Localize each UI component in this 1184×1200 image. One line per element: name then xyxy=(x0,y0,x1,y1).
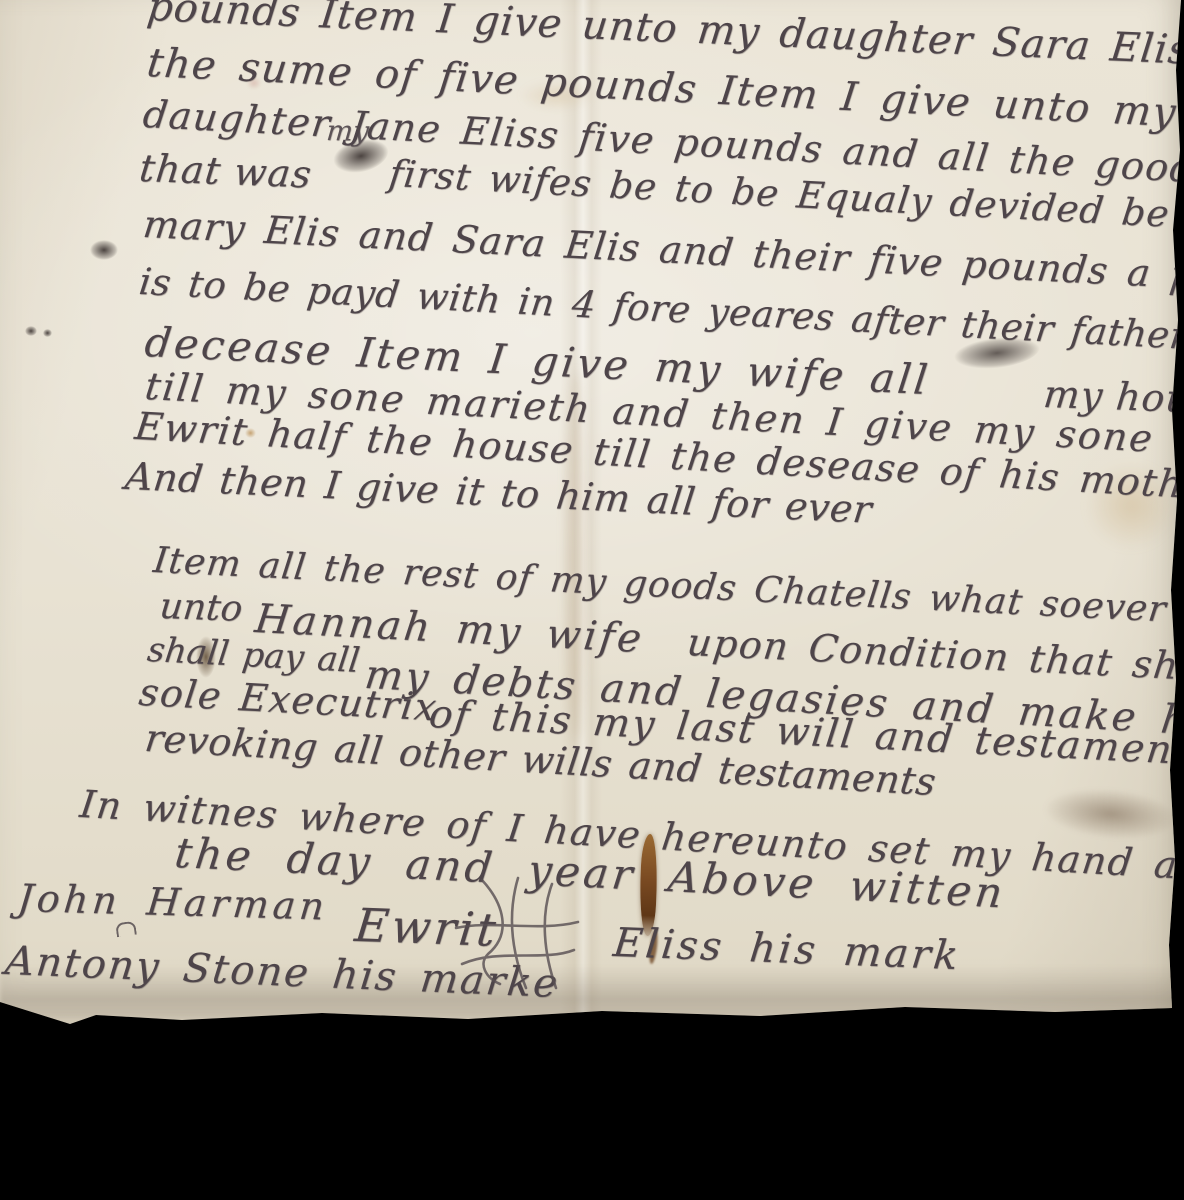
ink-blot xyxy=(43,329,52,337)
manuscript-paper: pounds Item I give unto my daughter Sara… xyxy=(0,0,1184,1040)
manuscript-line: unto xyxy=(158,586,245,630)
signature-flourish xyxy=(115,921,137,938)
signature-mark-icon xyxy=(452,876,582,994)
ink-blot xyxy=(90,240,118,260)
photograph-background: pounds Item I give unto my daughter Sara… xyxy=(0,0,1184,1200)
signature-john-harman: John Harman xyxy=(16,876,330,929)
ink-blot xyxy=(25,326,37,336)
manuscript-line: that was xyxy=(137,146,314,196)
interlined-word: my xyxy=(325,114,370,148)
